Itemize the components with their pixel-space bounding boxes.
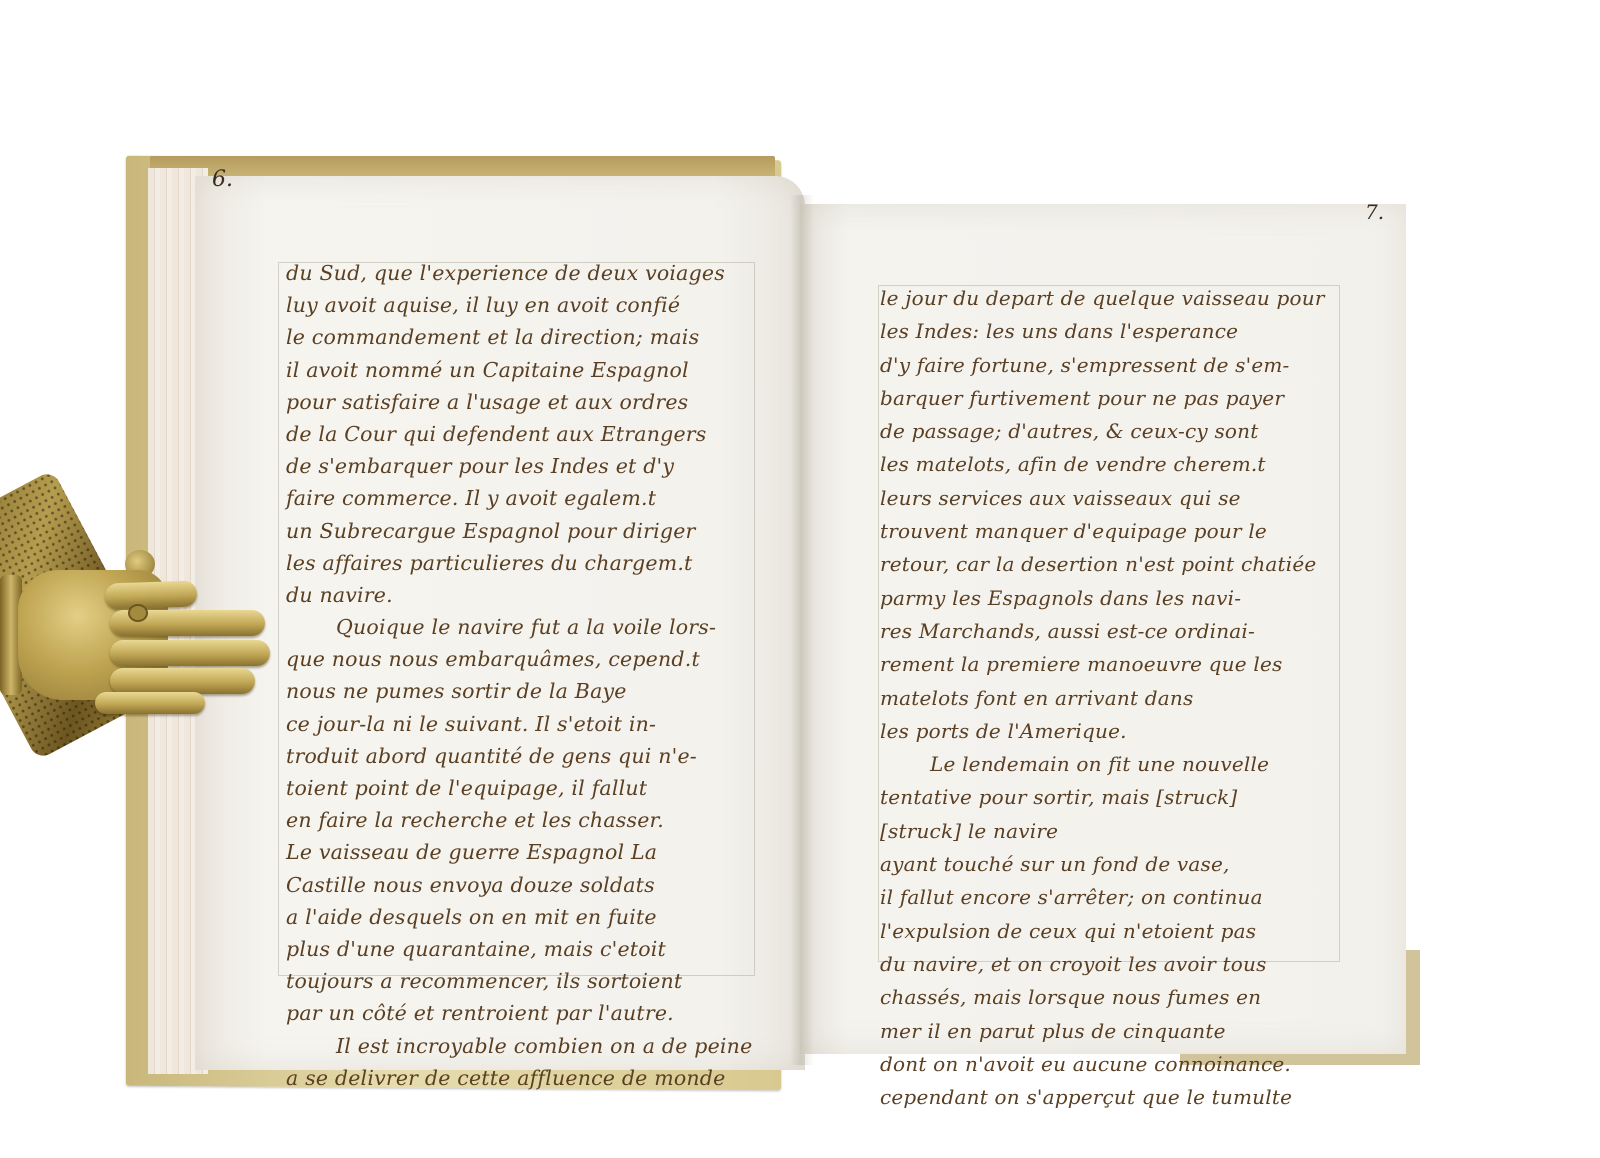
- brass-finger: [110, 640, 270, 666]
- manuscript-line-with-strikeout: [struck] le navire: [880, 815, 1342, 848]
- manuscript-line: nous ne pumes sortir de la Baye: [286, 675, 756, 707]
- manuscript-line: l'expulsion de ceux qui n'etoient pas: [880, 915, 1342, 948]
- manuscript-line: retour, car la desertion n'est point cha…: [880, 548, 1342, 581]
- brass-finger: [110, 668, 255, 694]
- right-page-text: le jour du depart de quelque vaisseau po…: [880, 282, 1342, 1114]
- manuscript-line: du navire.: [286, 579, 756, 611]
- manuscript-line: trouvent manquer d'equipage pour le: [880, 515, 1342, 548]
- page-number-right: 7.: [1365, 200, 1384, 224]
- manuscript-line: les Indes: les uns dans l'esperance: [880, 315, 1342, 348]
- page-number-left: 6.: [212, 167, 233, 192]
- manuscript-line: rement la premiere manoeuvre que les: [880, 648, 1342, 681]
- manuscript-line: de passage; d'autres, & ceux-cy sont: [880, 415, 1342, 448]
- brass-hand-page-clip: [0, 470, 280, 760]
- left-page-text: du Sud, que l'experience de deux voiages…: [286, 257, 756, 1094]
- manuscript-line: faire commerce. Il y avoit egalem.t: [286, 482, 756, 514]
- manuscript-line: du Sud, que l'experience de deux voiages: [286, 257, 756, 289]
- manuscript-line: par un côté et rentroient par l'autre.: [286, 997, 756, 1029]
- manuscript-line: un Subrecargue Espagnol pour diriger: [286, 515, 756, 547]
- photo-scene: 6. 7. du Sud, que l'experience de deux v…: [0, 0, 1600, 1158]
- manuscript-line: il avoit nommé un Capitaine Espagnol: [286, 354, 756, 386]
- manuscript-line: les matelots, afin de vendre cherem.t: [880, 448, 1342, 481]
- manuscript-line: luy avoit aquise, il luy en avoit confié: [286, 289, 756, 321]
- brass-thumb: [95, 692, 205, 714]
- ring-ornament: [128, 604, 148, 622]
- manuscript-line: en faire la recherche et les chasser.: [286, 804, 756, 836]
- book-gutter: [790, 195, 814, 1065]
- manuscript-line: res Marchands, aussi est-ce ordinai-: [880, 615, 1342, 648]
- manuscript-line: Le vaisseau de guerre Espagnol La: [286, 836, 756, 868]
- manuscript-line: pour satisfaire a l'usage et aux ordres: [286, 386, 756, 418]
- manuscript-line: dont on n'avoit eu aucune connoinance.: [880, 1048, 1342, 1081]
- manuscript-line: cependant on s'apperçut que le tumulte: [880, 1081, 1342, 1114]
- manuscript-line: de s'embarquer pour les Indes et d'y: [286, 450, 756, 482]
- manuscript-line: ce jour-la ni le suivant. Il s'etoit in-: [286, 708, 756, 740]
- manuscript-line-with-strikeout: tentative pour sortir, mais [struck]: [880, 781, 1342, 814]
- manuscript-line: plus d'une quarantaine, mais c'etoit: [286, 933, 756, 965]
- manuscript-line: les affaires particulieres du chargem.t: [286, 547, 756, 579]
- manuscript-line: troduit abord quantité de gens qui n'e-: [286, 740, 756, 772]
- manuscript-line: leurs services aux vaisseaux qui se: [880, 482, 1342, 515]
- manuscript-line: du navire, et on croyoit les avoir tous: [880, 948, 1342, 981]
- manuscript-line: matelots font en arrivant dans: [880, 682, 1342, 715]
- manuscript-line-paragraph-start: Quoique le navire fut a la voile lors-: [286, 611, 756, 643]
- manuscript-line: parmy les Espagnols dans les navi-: [880, 582, 1342, 615]
- manuscript-line: le jour du depart de quelque vaisseau po…: [880, 282, 1342, 315]
- manuscript-line: de la Cour qui defendent aux Etrangers: [286, 418, 756, 450]
- manuscript-line: a l'aide desquels on en mit en fuite: [286, 901, 756, 933]
- manuscript-line: que nous nous embarquâmes, cepend.t: [286, 643, 756, 675]
- manuscript-line: Castille nous envoya douze soldats: [286, 869, 756, 901]
- manuscript-line: ayant touché sur un fond de vase,: [880, 848, 1342, 881]
- manuscript-line: toient point de l'equipage, il fallut: [286, 772, 756, 804]
- manuscript-line: d'y faire fortune, s'empressent de s'em-: [880, 349, 1342, 382]
- manuscript-line: toujours a recommencer, ils sortoient: [286, 965, 756, 997]
- manuscript-line-paragraph-start: Il est incroyable combien on a de peine: [286, 1030, 756, 1062]
- manuscript-line: barquer furtivement pour ne pas payer: [880, 382, 1342, 415]
- manuscript-line: chassés, mais lorsque nous fumes en: [880, 981, 1342, 1014]
- manuscript-line-paragraph-start: Le lendemain on fit une nouvelle: [880, 748, 1342, 781]
- manuscript-line: le commandement et la direction; mais: [286, 321, 756, 353]
- manuscript-line: les ports de l'Amerique.: [880, 715, 1342, 748]
- manuscript-line: mer il en parut plus de cinquante: [880, 1015, 1342, 1048]
- manuscript-line: a se delivrer de cette affluence de mond…: [286, 1062, 756, 1094]
- manuscript-line: il fallut encore s'arrêter; on continua: [880, 881, 1342, 914]
- brass-finger: [105, 580, 198, 609]
